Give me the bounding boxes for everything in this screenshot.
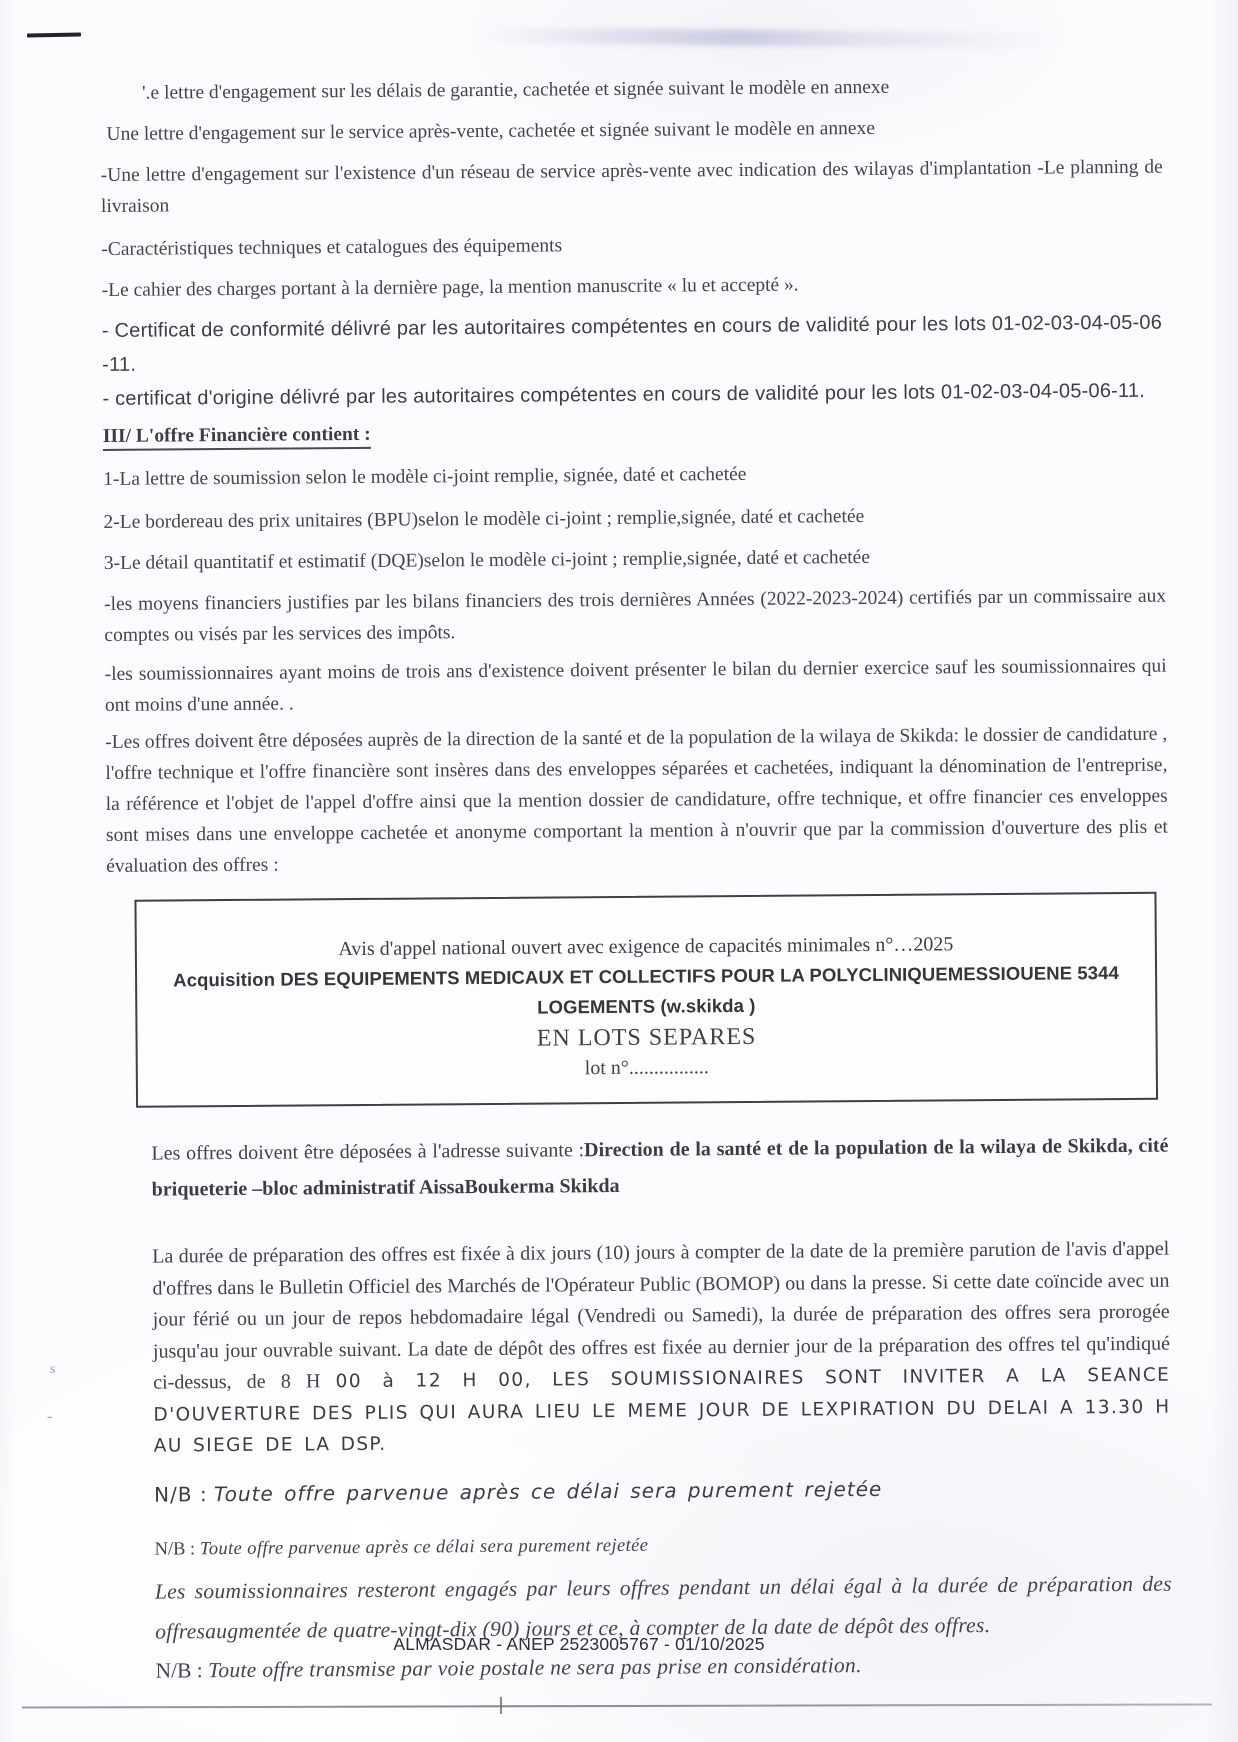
scanned-document-page: '.e lettre d'engagement sur les délais d… <box>0 0 1238 1742</box>
financial-item-bilans: -les moyens financiers justifies par les… <box>104 581 1166 651</box>
tender-notice-box: Avis d'appel national ouvert avec exigen… <box>134 892 1158 1108</box>
commitment-letter-warranty-line: '.e lettre d'engagement sur les délais d… <box>100 70 1162 109</box>
submission-address-paragraph: Les offres doivent être déposées à l'adr… <box>151 1128 1169 1208</box>
scan-artifact-smudge <box>480 27 1060 49</box>
conformity-certificate-line: - Certificat de conformité délivré par l… <box>102 306 1165 382</box>
financial-offer-heading: III/ L'offre Financière contient : <box>103 414 1165 452</box>
nb-rejection-serif: N/B : Toute offre parvenue après ce déla… <box>154 1526 1171 1565</box>
origin-certificate-line: - certificat d'origine délivré par les a… <box>102 374 1164 416</box>
nb-rejection-handwritten: N/B : Toute offre parvenue après ce déla… <box>154 1474 1171 1506</box>
scan-artifact-letter-s: s <box>50 1362 55 1378</box>
scan-artifact-dash <box>27 33 81 38</box>
nb1-label: N/B : <box>154 1482 208 1506</box>
financial-item-bpu: 2-Le bordereau des prix unitaires (BPU)s… <box>103 499 1165 538</box>
lower-section: Les offres doivent être déposées à l'adr… <box>151 1128 1172 1686</box>
preparation-deadline-paragraph: La durée de préparation des offres est f… <box>152 1234 1171 1462</box>
document-body: '.e lettre d'engagement sur les délais d… <box>100 70 1175 1687</box>
nb3-text: Toute offre transmise par voie postale n… <box>208 1653 862 1682</box>
financial-item-existence: -les soumissionnaires ayant moins de tro… <box>105 651 1167 721</box>
bottom-scan-rule <box>22 1703 1212 1708</box>
scan-artifact-dash-mark: - <box>47 1408 52 1426</box>
nb1-text: Toute offre parvenue après ce délai sera… <box>214 1476 882 1505</box>
anep-footer-line: ALMASDAR - ANEP 2523005767 - 01/10/2025 <box>0 1634 1158 1655</box>
financial-item-soumission: 1-La lettre de soumission selon le modèl… <box>103 456 1165 495</box>
commitment-letter-aftersale-line: Une lettre d'engagement sur le service a… <box>100 111 1162 150</box>
bottom-scan-tick <box>500 1697 502 1714</box>
commitment-letter-network-line: -Une lettre d'engagement sur l'existence… <box>101 152 1163 222</box>
technical-characteristics-line: -Caractéristiques techniques et catalogu… <box>101 226 1163 265</box>
address-intro: Les offres doivent être déposées à l'adr… <box>151 1139 584 1164</box>
deposit-envelopes-paragraph: -Les offres doivent être déposées auprès… <box>105 719 1168 882</box>
cahier-des-charges-line: -Le cahier des charges portant à la dern… <box>102 267 1164 306</box>
nb2-label: N/B : <box>154 1539 195 1559</box>
financial-item-dqe: 3-Le détail quantitatif et estimatif (DQ… <box>104 540 1166 579</box>
nb3-label: N/B : <box>155 1658 202 1682</box>
notice-acquisition-line: Acquisition DES EQUIPEMENTS MEDICAUX ET … <box>157 958 1135 1026</box>
nb2-text: Toute offre parvenue après ce délai sera… <box>200 1535 649 1559</box>
